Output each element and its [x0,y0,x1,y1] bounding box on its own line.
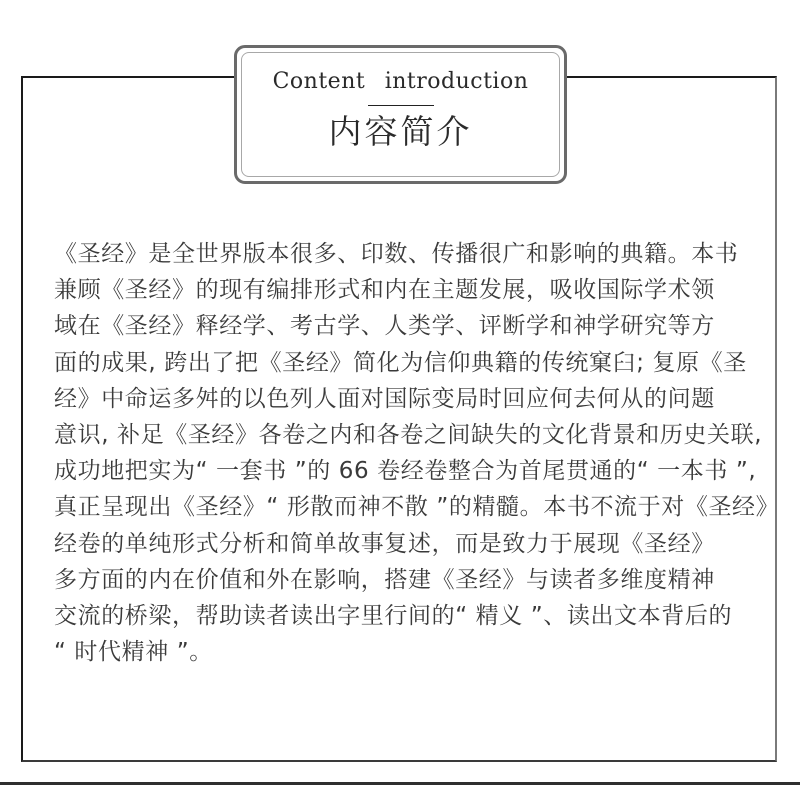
paragraph-line: 经》中命运多舛的以色列人面对国际变局时回应何去何从的问题 [54,381,754,417]
paragraph-line: 《圣经》是全世界版本很多、印数、传播很广和影响的典籍。本书 [54,236,754,272]
section-title-english: Content introduction [242,69,559,95]
paragraph-line: 域在《圣经》释经学、考古学、人类学、评断学和神学研究等方 [54,308,754,344]
paragraph-line: 交流的桥梁，帮助读者读出字里行间的“ 精义 ”、读出文本背后的 [54,598,754,634]
paragraph-line: 兼顾《圣经》的现有编排形式和内在主题发展，吸收国际学术领 [54,272,754,308]
section-title-box: Content introduction 内容简介 [234,45,567,184]
title-divider [368,105,434,106]
paragraph-line: “ 时代精神 ”。 [54,634,754,670]
paragraph-line: 经卷的单纯形式分析和简单故事复述，而是致力于展现《圣经》 [54,526,754,562]
paragraph-line: 真正呈现出《圣经》“ 形散而神不散 ”的精髓。本书不流于对《圣经》 [54,489,754,525]
bottom-divider [0,782,800,785]
paragraph-line: 面的成果, 跨出了把《圣经》简化为信仰典籍的传统窠臼; 复原《圣 [54,345,754,381]
paragraph-line: 多方面的内在价值和外在影响，搭建《圣经》与读者多维度精神 [54,562,754,598]
introduction-paragraph: 《圣经》是全世界版本很多、印数、传播很广和影响的典籍。本书 兼顾《圣经》的现有编… [54,236,754,670]
section-title-inner-border: Content introduction 内容简介 [241,52,560,177]
section-title-chinese: 内容简介 [242,112,559,152]
paragraph-line: 意识, 补足《圣经》各卷之内和各卷之间缺失的文化背景和历史关联, [54,417,754,453]
paragraph-line: 成功地把实为“ 一套书 ”的 66 卷经卷整合为首尾贯通的“ 一本书 ”, [54,453,754,489]
